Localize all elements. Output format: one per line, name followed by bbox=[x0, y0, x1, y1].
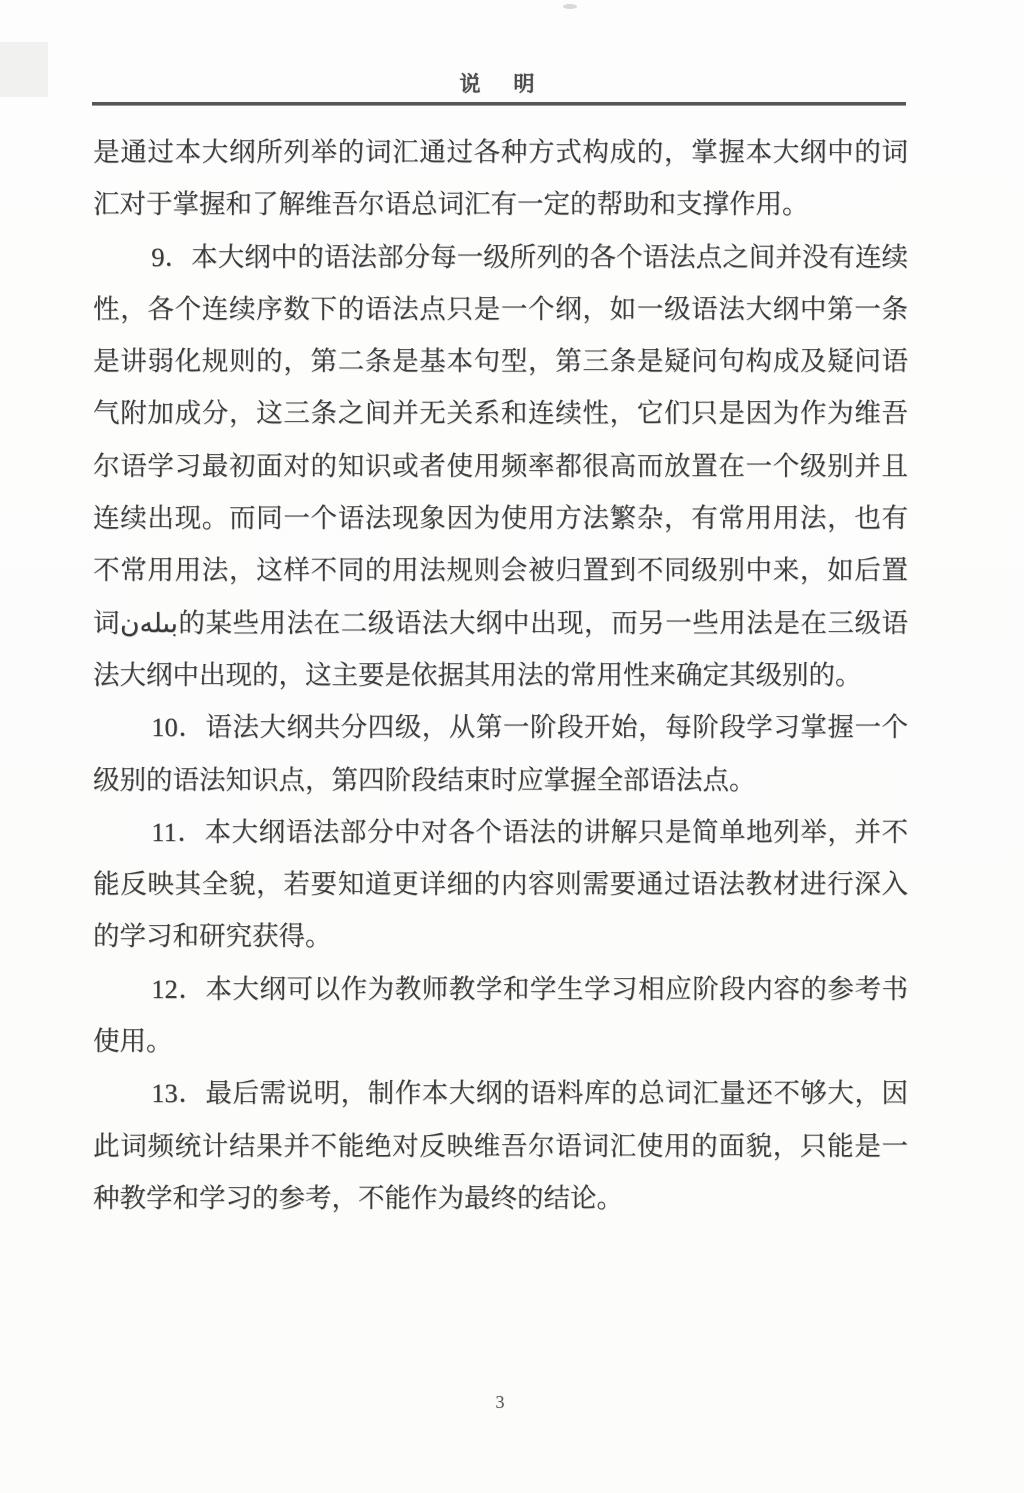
paragraph-item-12: 12．本大纲可以作为教师教学和学生学习相应阶段内容的参考书使用。 bbox=[93, 963, 908, 1068]
page-number: 3 bbox=[92, 1392, 908, 1413]
paragraph-item-10: 10．语法大纲共分四级，从第一阶段开始，每阶段学习掌握一个级别的语法知识点，第四… bbox=[93, 701, 908, 806]
scanned-document-page: 说 明 是通过本大纲所列举的词汇通过各种方式构成的，掌握本大纲中的词汇对于掌握和… bbox=[0, 0, 1024, 1493]
scan-artifact bbox=[0, 42, 48, 97]
paragraph-item-9: 9．本大纲中的语法部分每一级所列的各个语法点之间并没有连续性，各个连续序数下的语… bbox=[93, 231, 908, 702]
page-title: 说 明 bbox=[92, 68, 908, 98]
document-body: 是通过本大纲所列举的词汇通过各种方式构成的，掌握本大纲中的词汇对于掌握和了解维吾… bbox=[93, 126, 908, 1224]
paragraph-continuation: 是通过本大纲所列举的词汇通过各种方式构成的，掌握本大纲中的词汇对于掌握和了解维吾… bbox=[93, 126, 908, 231]
paragraph-item-13: 13．最后需说明，制作本大纲的语料库的总词汇量还不够大，因此词频统计结果并不能绝… bbox=[93, 1067, 908, 1224]
scan-artifact bbox=[563, 4, 577, 9]
paragraph-item-11: 11．本大纲语法部分中对各个语法的讲解只是简单地列举，并不能反映其全貌，若要知道… bbox=[93, 806, 908, 963]
header-divider bbox=[92, 102, 906, 106]
